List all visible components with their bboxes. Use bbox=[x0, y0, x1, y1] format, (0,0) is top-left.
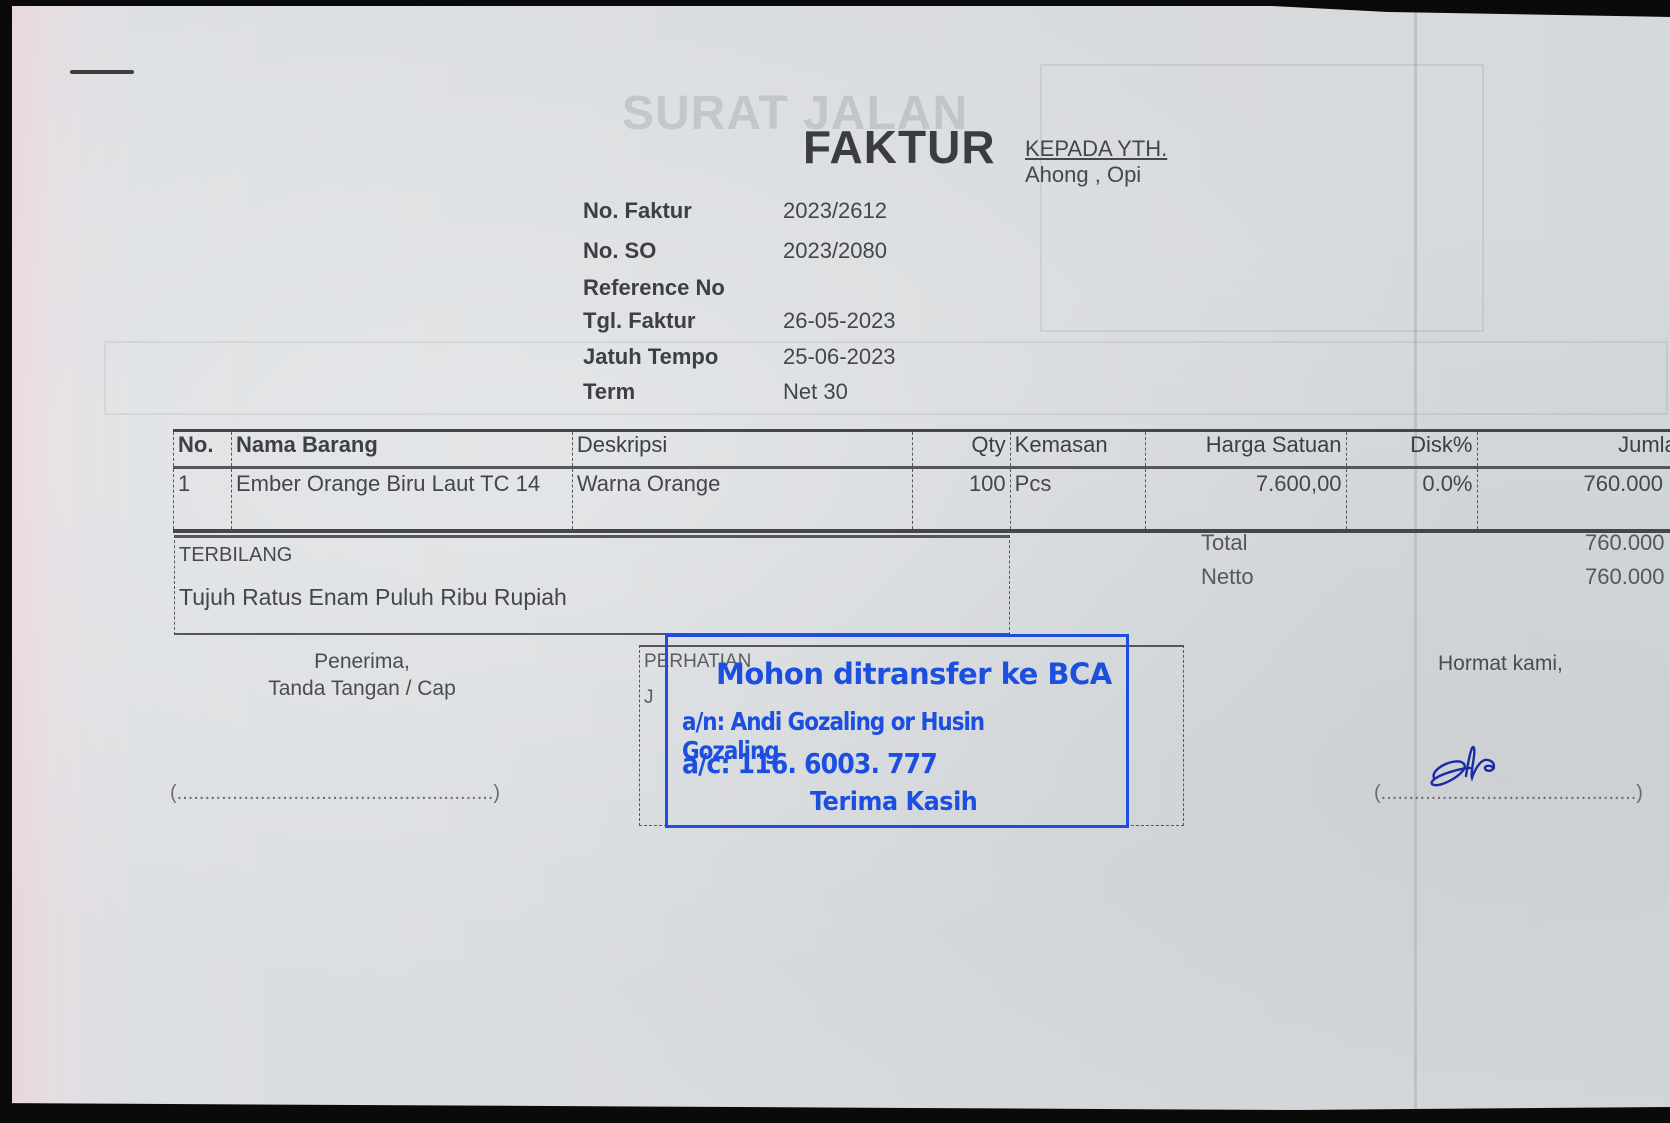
stamp-line-thanks: Terima Kasih bbox=[810, 787, 977, 817]
field-value-jatuh-tempo: 25-06-2023 bbox=[783, 344, 896, 370]
receiver-label: Penerima, bbox=[212, 650, 512, 674]
col-header-disk: Disk% bbox=[1346, 431, 1477, 468]
field-label-jatuh-tempo: Jatuh Tempo bbox=[583, 344, 718, 370]
cell-deskripsi: Warna Orange bbox=[572, 468, 912, 532]
terbilang-label: TERBILANG bbox=[179, 544, 292, 567]
cell-no: 1 bbox=[174, 468, 232, 532]
stamp-line-transfer: Mohon ditransfer ke BCA bbox=[716, 657, 1112, 691]
col-header-qty: Qty bbox=[912, 431, 1010, 468]
stamp-line-account-number: a/c: 116. 6003. 777 bbox=[682, 747, 937, 780]
col-header-nama-barang: Nama Barang bbox=[231, 431, 572, 468]
cell-harga-satuan: 7.600,00 bbox=[1145, 468, 1346, 532]
cell-nama-barang: Ember Orange Biru Laut TC 14 bbox=[231, 468, 572, 532]
terbilang-box: TERBILANG Tujuh Ratus Enam Puluh Ribu Ru… bbox=[174, 535, 1010, 635]
col-header-harga-satuan: Harga Satuan bbox=[1145, 431, 1346, 468]
table-header-row: No. Nama Barang Deskripsi Qty Kemasan Ha… bbox=[174, 431, 1670, 468]
field-label-reference-no: Reference No bbox=[583, 275, 725, 301]
recipient-label: KEPADA YTH. bbox=[1025, 136, 1167, 162]
ghost-recipient-box bbox=[1040, 64, 1484, 332]
field-value-tgl-faktur: 26-05-2023 bbox=[783, 308, 896, 334]
sender-label: Hormat kami, bbox=[1438, 652, 1563, 676]
col-header-deskripsi: Deskripsi bbox=[572, 431, 912, 468]
cell-jumlah: 760.000 bbox=[1477, 468, 1670, 532]
field-value-no-so: 2023/2080 bbox=[783, 238, 887, 264]
col-header-kemasan: Kemasan bbox=[1010, 431, 1145, 468]
field-label-term: Term bbox=[583, 379, 635, 405]
table-row: 1 Ember Orange Biru Laut TC 14 Warna Ora… bbox=[174, 468, 1670, 532]
field-value-no-faktur: 2023/2612 bbox=[783, 198, 887, 224]
notes-text: J bbox=[644, 687, 654, 709]
paper-fold-line bbox=[1414, 6, 1417, 1112]
field-value-term: Net 30 bbox=[783, 379, 848, 405]
receiver-signature-line: (.......................................… bbox=[170, 782, 500, 805]
total-label: Total bbox=[1201, 530, 1247, 556]
document-title: FAKTUR bbox=[803, 120, 996, 174]
cell-disk: 0.0% bbox=[1346, 468, 1477, 532]
col-header-jumlah: Jumlah bbox=[1477, 431, 1670, 468]
terbilang-value: Tujuh Ratus Enam Puluh Ribu Rupiah bbox=[179, 584, 567, 611]
field-label-no-so: No. SO bbox=[583, 238, 656, 264]
receiver-sublabel: Tanda Tangan / Cap bbox=[212, 677, 512, 701]
col-header-no: No. bbox=[174, 431, 232, 468]
sender-signature-line: (.......................................… bbox=[1374, 782, 1643, 805]
bank-transfer-stamp: Mohon ditransfer ke BCA a/n: Andi Gozali… bbox=[665, 634, 1129, 828]
recipient-name: Ahong , Opi bbox=[1025, 162, 1141, 188]
netto-value: 760.000 bbox=[1585, 564, 1665, 590]
total-value: 760.000 bbox=[1585, 530, 1665, 556]
netto-label: Netto bbox=[1201, 564, 1254, 590]
field-label-tgl-faktur: Tgl. Faktur bbox=[583, 308, 695, 334]
field-label-no-faktur: No. Faktur bbox=[583, 198, 692, 224]
cell-kemasan: Pcs bbox=[1010, 468, 1145, 532]
cell-qty: 100 bbox=[912, 468, 1010, 532]
items-table: No. Nama Barang Deskripsi Qty Kemasan Ha… bbox=[173, 429, 1670, 533]
dash-mark bbox=[70, 70, 134, 74]
